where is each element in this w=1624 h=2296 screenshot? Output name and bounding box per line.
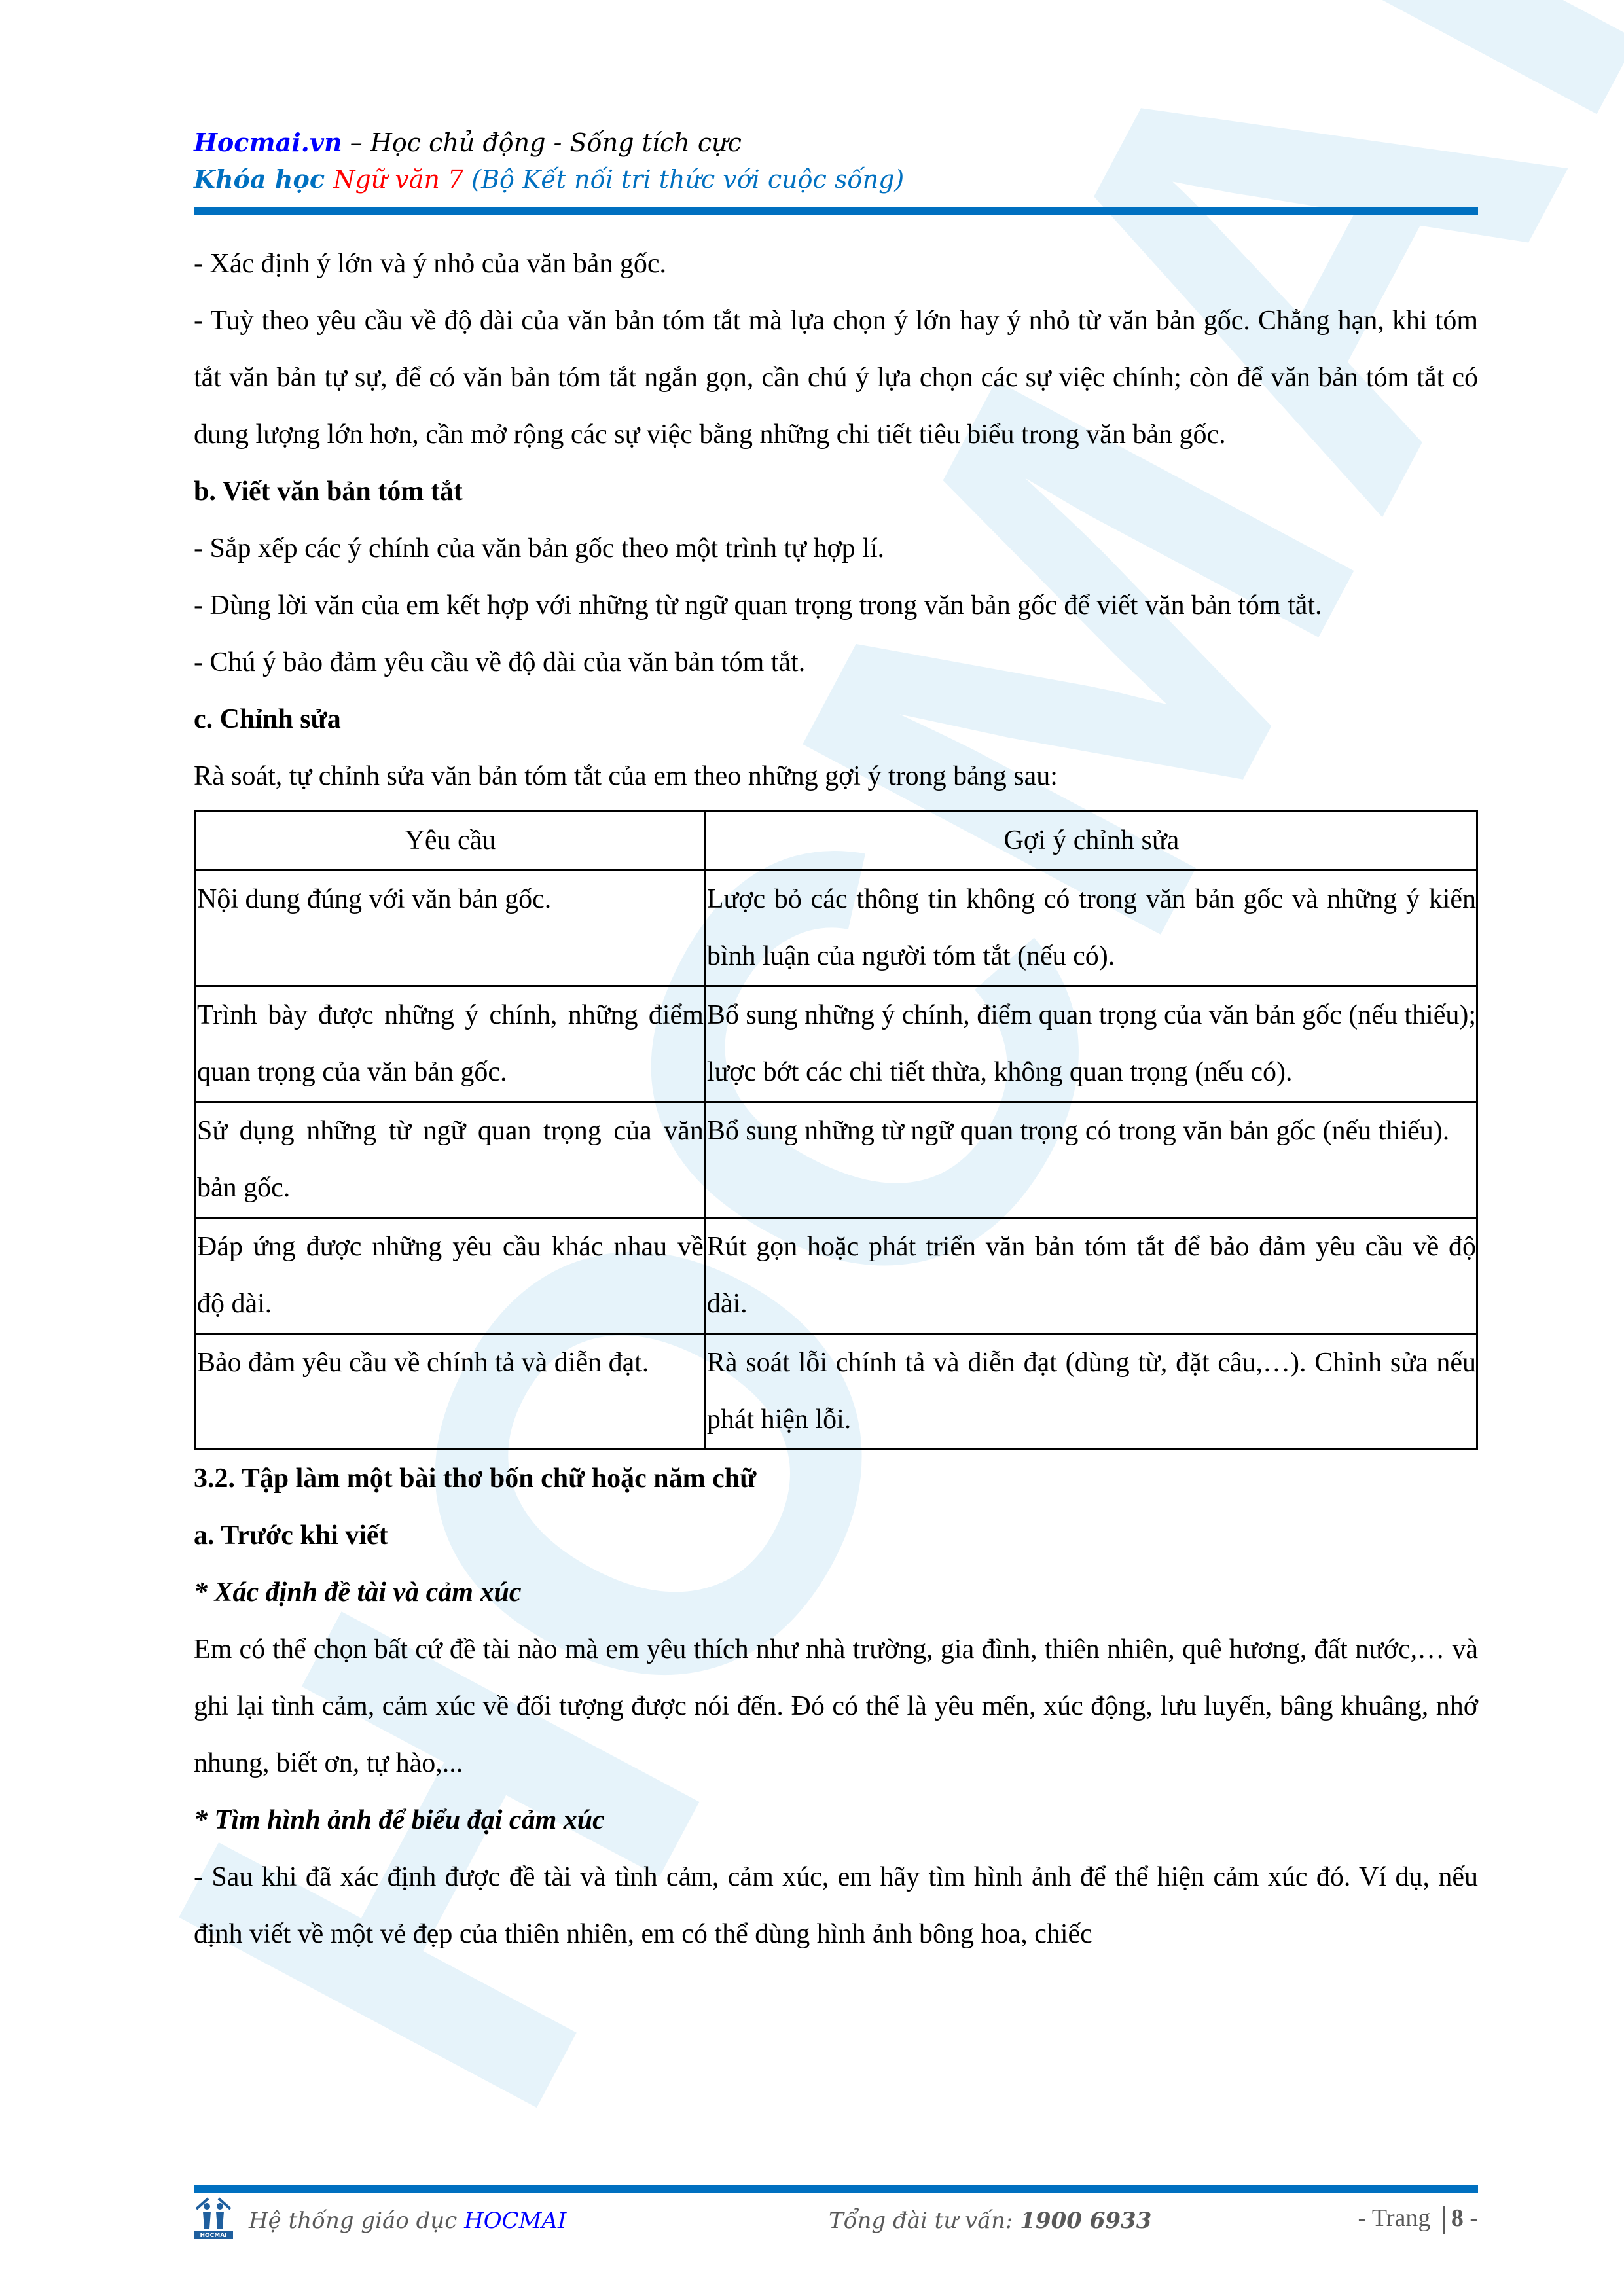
table-row: Đáp ứng được những yêu cầu khác nhau về … (195, 1218, 1477, 1334)
course-name: Ngữ văn 7 (333, 165, 463, 194)
hotline-number: 1900 6933 (1020, 2208, 1151, 2234)
page-number: - Trang 8 - (1358, 2204, 1478, 2234)
table-cell: Bổ sung những ý chính, điểm quan trọng c… (704, 986, 1477, 1102)
table-cell: Nội dung đúng với văn bản gốc. (195, 870, 705, 986)
header-brand: Hocmai.vn (194, 128, 342, 157)
section-heading: c. Chỉnh sửa (194, 691, 1478, 748)
section-heading: a. Trước khi viết (194, 1507, 1478, 1564)
table-row: Sử dụng những từ ngữ quan trọng của văn … (195, 1102, 1477, 1218)
table-cell: Bổ sung những từ ngữ quan trọng có trong… (704, 1102, 1477, 1218)
footer-brand: HOCMAI (464, 2208, 566, 2234)
course-prefix: Khóa học (194, 164, 333, 194)
page-number-value: 8 (1451, 2204, 1464, 2232)
page-separator (1443, 2206, 1445, 2234)
page-footer: HOCMAI Hệ thống giáo dục HOCMAI Tổng đài… (194, 2185, 1478, 2243)
table-cell: Lược bỏ các thông tin không có trong văn… (704, 870, 1477, 986)
paragraph: Em có thể chọn bất cứ đề tài nào mà em y… (194, 1621, 1478, 1792)
header-divider (194, 207, 1478, 215)
footer-divider (194, 2185, 1478, 2193)
section-heading: b. Viết văn bản tóm tắt (194, 463, 1478, 520)
column-header: Gợi ý chỉnh sửa (704, 812, 1477, 870)
header-slogan: – Học chủ động - Sống tích cực (342, 128, 742, 157)
page-label: - Trang (1358, 2204, 1436, 2232)
paragraph: - Xác định ý lớn và ý nhỏ của văn bản gố… (194, 236, 1478, 293)
hotline-label: Tổng đài tư vấn: (829, 2208, 1020, 2234)
paragraph: - Dùng lời văn của em kết hợp với những … (194, 577, 1478, 634)
svg-text:HOCMAI: HOCMAI (200, 2233, 226, 2239)
paragraph: - Chú ý bảo đảm yêu cầu về độ dài của vă… (194, 634, 1478, 691)
header-tagline: Hocmai.vn – Học chủ động - Sống tích cực (194, 124, 1478, 161)
table-cell: Rút gọn hoặc phát triển văn bản tóm tắt … (704, 1218, 1477, 1334)
paragraph: - Sau khi đã xác định được đề tài và tìn… (194, 1849, 1478, 1963)
paragraph: - Sắp xếp các ý chính của văn bản gốc th… (194, 520, 1478, 577)
footer-system-label: Hệ thống giáo dục (249, 2208, 464, 2234)
page-content: - Xác định ý lớn và ý nhỏ của văn bản gố… (194, 236, 1478, 1963)
paragraph: Rà soát, tự chỉnh sửa văn bản tóm tắt củ… (194, 748, 1478, 805)
paragraph: - Tuỳ theo yêu cầu về độ dài của văn bản… (194, 293, 1478, 463)
table-header-row: Yêu cầu Gợi ý chỉnh sửa (195, 812, 1477, 870)
table-row: Bảo đảm yêu cầu về chính tả và diễn đạt.… (195, 1334, 1477, 1450)
table-row: Nội dung đúng với văn bản gốc. Lược bỏ c… (195, 870, 1477, 986)
header-course: Khóa học Ngữ văn 7 (Bộ Kết nối tri thức … (194, 161, 1478, 198)
table-cell: Đáp ứng được những yêu cầu khác nhau về … (195, 1218, 705, 1334)
revision-table: Yêu cầu Gợi ý chỉnh sửa Nội dung đúng vớ… (194, 810, 1478, 1450)
table-cell: Bảo đảm yêu cầu về chính tả và diễn đạt. (195, 1334, 705, 1450)
subsection-heading: * Xác định đề tài và cảm xúc (194, 1564, 1478, 1621)
table-row: Trình bày được những ý chính, những điểm… (195, 986, 1477, 1102)
table-cell: Trình bày được những ý chính, những điểm… (195, 986, 705, 1102)
footer-hotline: Tổng đài tư vấn: 1900 6933 (829, 2208, 1151, 2234)
page-suffix: - (1464, 2204, 1478, 2232)
page-header: Hocmai.vn – Học chủ động - Sống tích cực… (194, 124, 1478, 215)
course-series: (Bộ Kết nối tri thức với cuộc sống) (463, 165, 904, 194)
footer-system: Hệ thống giáo dục HOCMAI (249, 2208, 566, 2234)
subsection-heading: * Tìm hình ảnh để biểu đại cảm xúc (194, 1792, 1478, 1849)
table-cell: Sử dụng những từ ngữ quan trọng của văn … (195, 1102, 705, 1218)
section-heading: 3.2. Tập làm một bài thơ bốn chữ hoặc nă… (194, 1450, 1478, 1507)
hocmai-logo-icon: HOCMAI (194, 2197, 233, 2239)
column-header: Yêu cầu (195, 812, 705, 870)
table-cell: Rà soát lỗi chính tả và diễn đạt (dùng t… (704, 1334, 1477, 1450)
